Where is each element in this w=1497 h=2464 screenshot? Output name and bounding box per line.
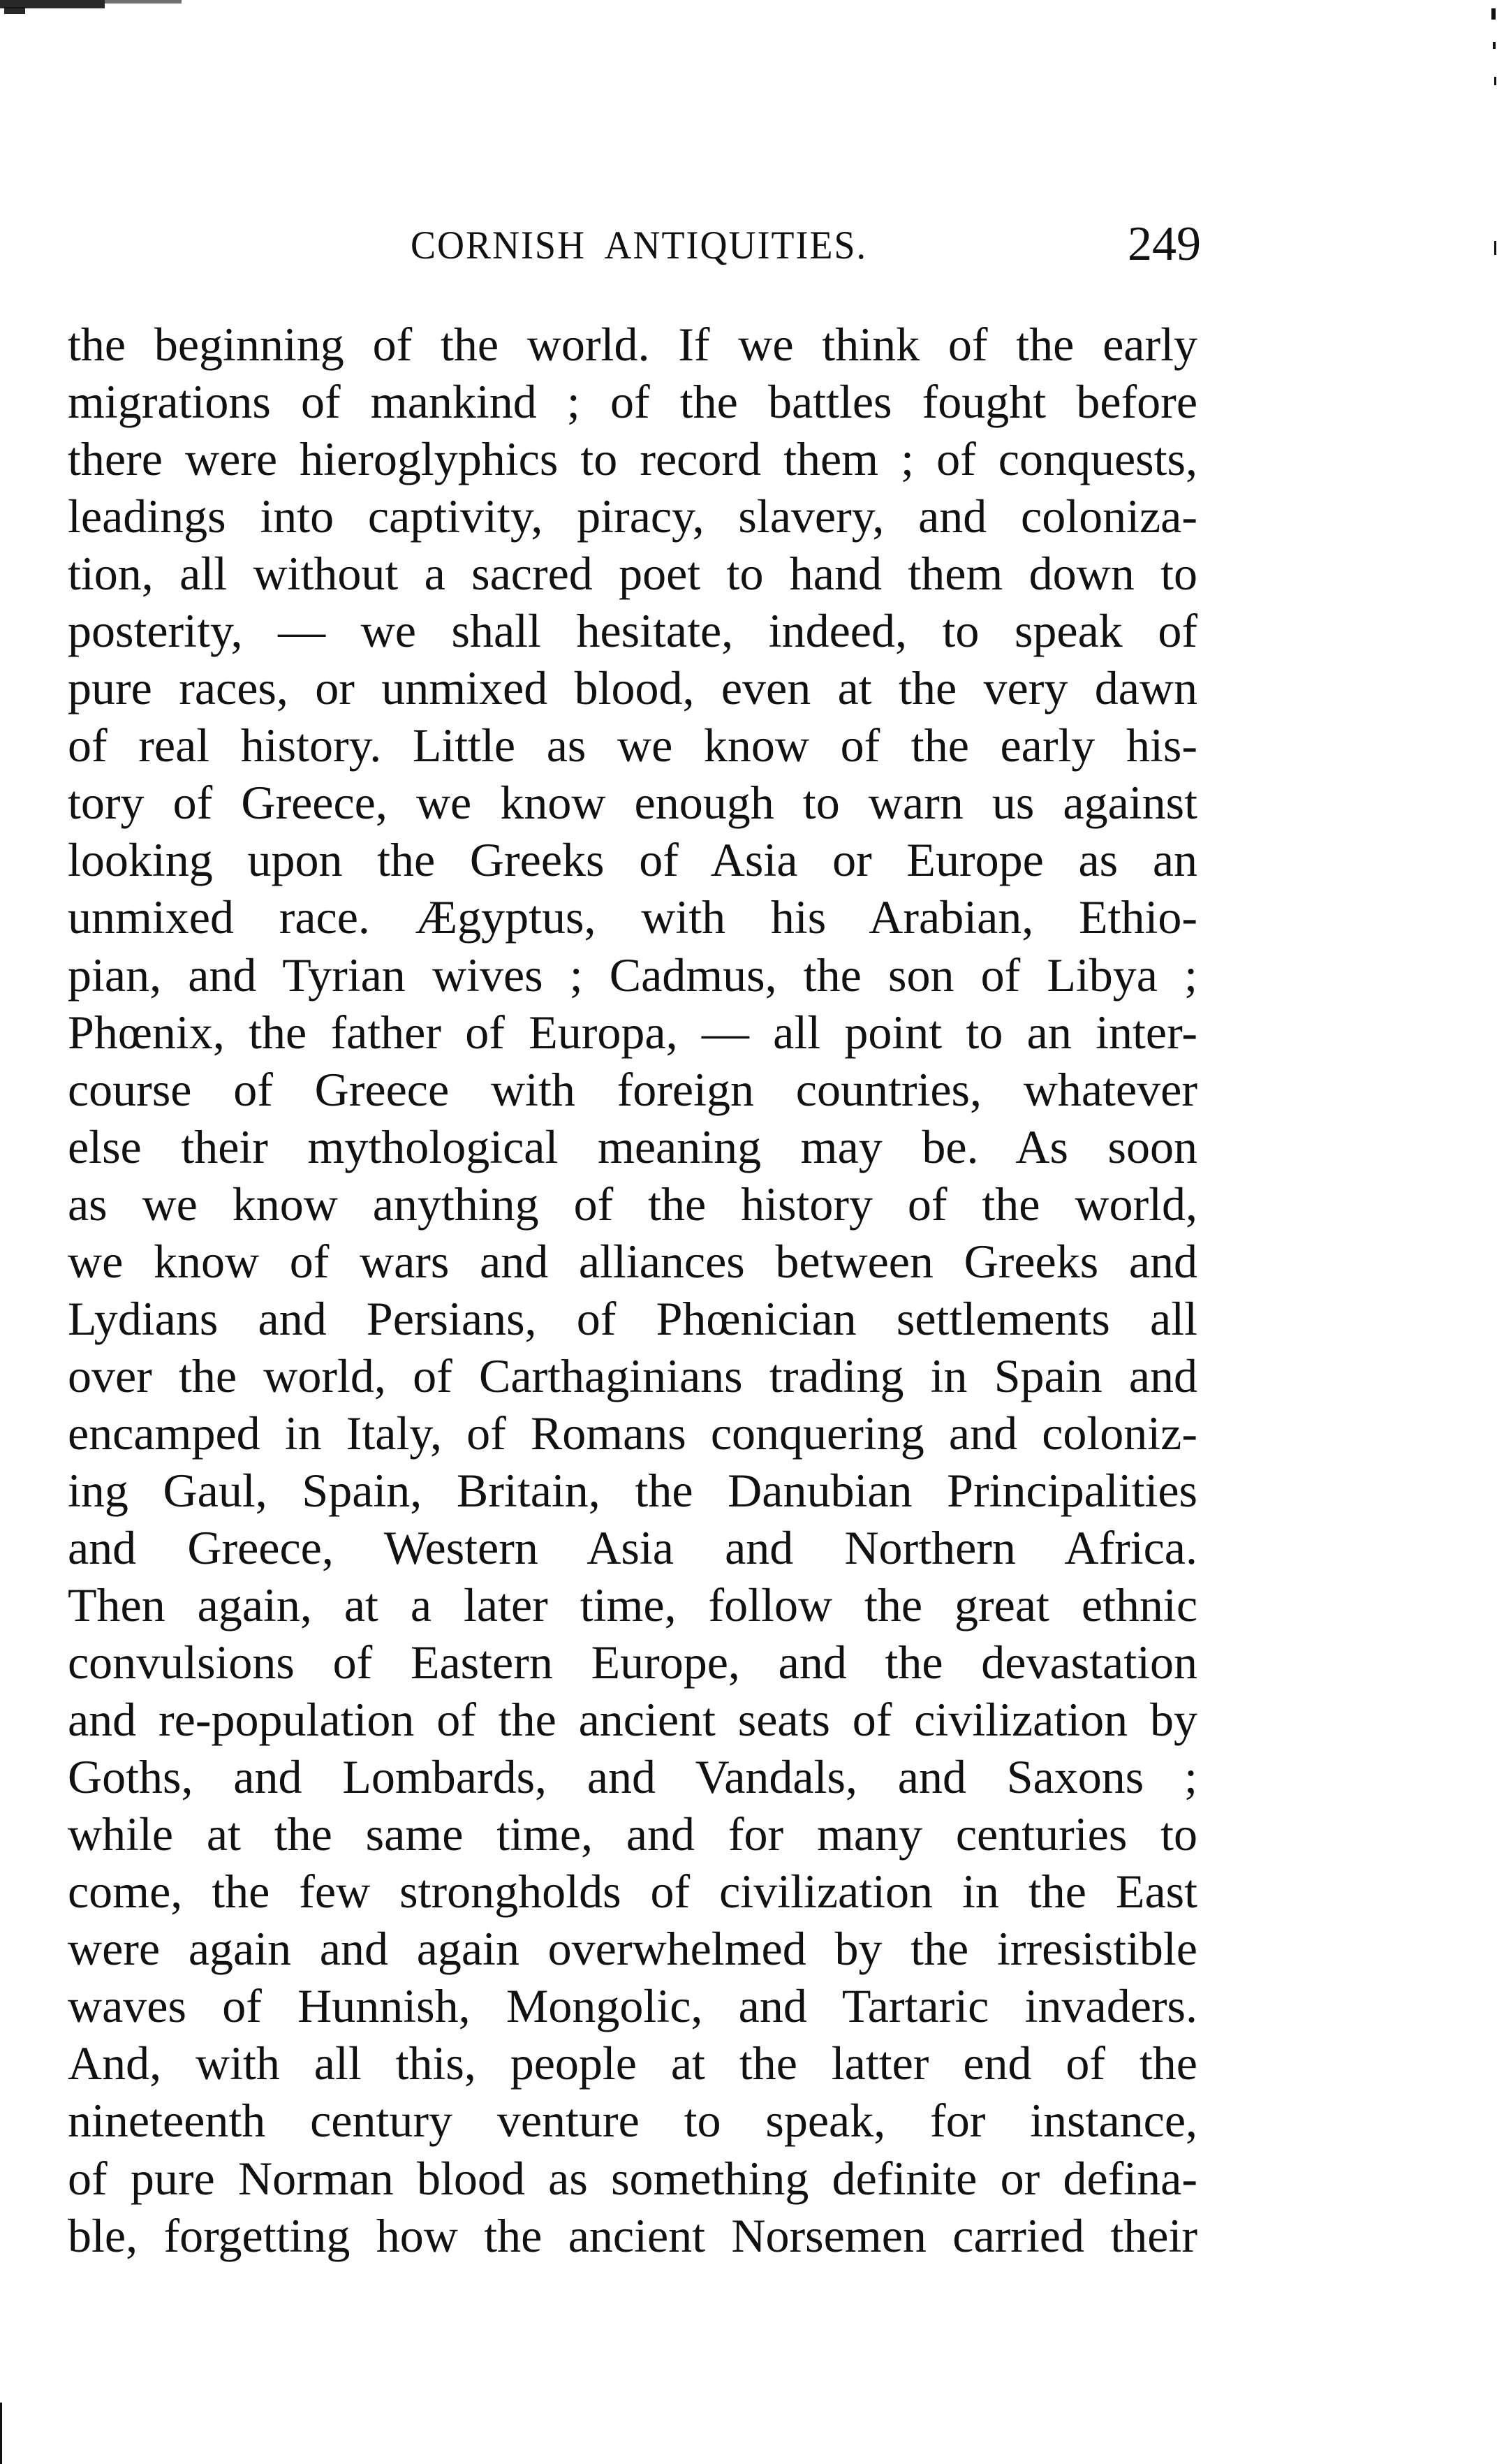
text-line: the beginning of the world. If we think … — [68, 316, 1197, 373]
scan-edge-right-3 — [1494, 77, 1496, 85]
text-line: and re-population of the ancient seats o… — [68, 1691, 1197, 1748]
text-line: ing Gaul, Spain, Britain, the Danubian P… — [68, 1462, 1197, 1519]
text-line: waves of Hunnish, Mongolic, and Tartaric… — [68, 1977, 1197, 2034]
text-line: else their mythological meaning may be. … — [68, 1118, 1197, 1175]
text-line: And, with all this, people at the latter… — [68, 2034, 1197, 2092]
text-line: looking upon the Greeks of Asia or Europ… — [68, 831, 1197, 888]
text-line: while at the same time, and for many cen… — [68, 1805, 1197, 1863]
text-line: posterity, — we shall hesitate, indeed, … — [68, 602, 1197, 659]
running-head: CORNISH ANTIQUITIES. 249 — [0, 222, 1497, 271]
text-line: of real history. Little as we know of th… — [68, 717, 1197, 774]
scan-edge-left-bottom — [0, 2403, 2, 2464]
text-line: Lydians and Persians, of Phœnician settl… — [68, 1290, 1197, 1347]
scan-edge-right-2 — [1493, 42, 1496, 49]
text-line: of pure Norman blood as something defini… — [68, 2150, 1197, 2207]
text-line: there were hieroglyphics to record them … — [68, 430, 1197, 487]
text-line: and Greece, Western Asia and Northern Af… — [68, 1519, 1197, 1576]
text-line: Then again, at a later time, follow the … — [68, 1576, 1197, 1634]
text-line: tion, all without a sacred poet to hand … — [68, 545, 1197, 602]
text-line: nineteenth century venture to speak, for… — [68, 2092, 1197, 2149]
page-number: 249 — [1128, 218, 1201, 271]
text-line: convulsions of Eastern Europe, and the d… — [68, 1634, 1197, 1691]
running-head-title: CORNISH ANTIQUITIES. — [411, 220, 867, 272]
text-line: encamped in Italy, of Romans conquering … — [68, 1405, 1197, 1462]
text-line: over the world, of Carthaginians trading… — [68, 1347, 1197, 1405]
text-line: migrations of mankind ; of the battles f… — [68, 373, 1197, 430]
text-line: as we know anything of the history of th… — [68, 1175, 1197, 1233]
text-line: course of Greece with foreign countries,… — [68, 1061, 1197, 1118]
scan-edge-right — [1491, 8, 1496, 20]
text-line: Phœnix, the father of Europa, — all poin… — [68, 1004, 1197, 1061]
scan-smudge-top-left-2 — [4, 7, 25, 14]
text-line: pian, and Tyrian wives ; Cadmus, the son… — [68, 946, 1197, 1004]
text-line: tory of Greece, we know enough to warn u… — [68, 774, 1197, 831]
text-line: Goths, and Lombards, and Vandals, and Sa… — [68, 1748, 1197, 1805]
text-line: ble, forgetting how the ancient Norsemen… — [68, 2207, 1197, 2264]
text-line: come, the few strongholds of civilizatio… — [68, 1863, 1197, 1920]
text-line: leadings into captivity, piracy, slavery… — [68, 487, 1197, 545]
body-text: the beginning of the world. If we think … — [68, 316, 1197, 2264]
scan-smudge-top-left-3 — [105, 0, 182, 3]
text-line: pure races, or unmixed blood, even at th… — [68, 659, 1197, 717]
book-page: CORNISH ANTIQUITIES. 249 the beginning o… — [0, 0, 1497, 2464]
text-line: were again and again overwhelmed by the … — [68, 1920, 1197, 1977]
text-line: unmixed race. Ægyptus, with his Arabian,… — [68, 888, 1197, 946]
text-line: we know of wars and alliances between Gr… — [68, 1233, 1197, 1290]
